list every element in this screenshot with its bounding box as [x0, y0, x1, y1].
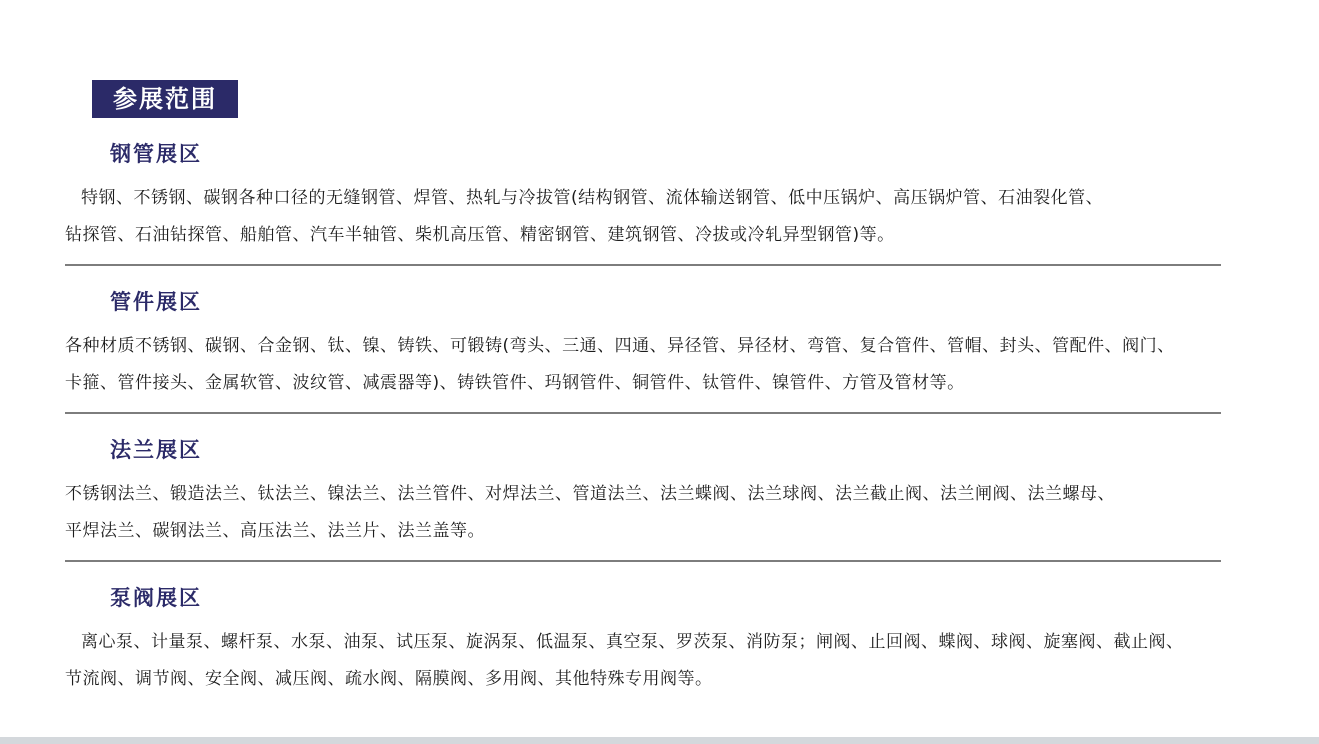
section-body-flange: 不锈钢法兰、锻造法兰、钛法兰、镍法兰、法兰管件、对焊法兰、管道法兰、法兰蝶阀、法…: [65, 476, 1237, 550]
section-divider: [65, 560, 1221, 562]
exhibition-scope-badge: 参展范围: [92, 80, 238, 118]
section-text-line: 特钢、不锈钢、碳钢各种口径的无缝钢管、焊管、热轧与冷拔管(结构钢管、流体输送钢管…: [65, 180, 1237, 217]
section-pipe-fittings: 管件展区 各种材质不锈钢、碳钢、合金钢、钛、镍、铸铁、可锻铸(弯头、三通、四通、…: [65, 288, 1237, 414]
section-text-line: 离心泵、计量泵、螺杆泵、水泵、油泵、试压泵、旋涡泵、低温泵、真空泵、罗茨泵、消防…: [65, 624, 1237, 661]
section-divider: [65, 264, 1221, 266]
section-title-flange: 法兰展区: [110, 436, 1237, 464]
bottom-edge-bar: [0, 737, 1319, 744]
section-text-line: 各种材质不锈钢、碳钢、合金钢、钛、镍、铸铁、可锻铸(弯头、三通、四通、异径管、异…: [65, 328, 1237, 365]
section-text-line: 节流阀、调节阀、安全阀、减压阀、疏水阀、隔膜阀、多用阀、其他特殊专用阀等。: [65, 661, 1237, 698]
section-text-line: 平焊法兰、碳钢法兰、高压法兰、法兰片、法兰盖等。: [65, 513, 1237, 550]
section-text-line: 不锈钢法兰、锻造法兰、钛法兰、镍法兰、法兰管件、对焊法兰、管道法兰、法兰蝶阀、法…: [65, 476, 1237, 513]
section-title-steel-pipe: 钢管展区: [110, 140, 1237, 168]
section-pump-valve: 泵阀展区 离心泵、计量泵、螺杆泵、水泵、油泵、试压泵、旋涡泵、低温泵、真空泵、罗…: [65, 584, 1237, 698]
section-steel-pipe: 钢管展区 特钢、不锈钢、碳钢各种口径的无缝钢管、焊管、热轧与冷拔管(结构钢管、流…: [65, 140, 1237, 266]
section-text-line: 卡箍、管件接头、金属软管、波纹管、减震器等)、铸铁管件、玛钢管件、铜管件、钛管件…: [65, 365, 1237, 402]
section-body-pipe-fittings: 各种材质不锈钢、碳钢、合金钢、钛、镍、铸铁、可锻铸(弯头、三通、四通、异径管、异…: [65, 328, 1237, 402]
section-title-pump-valve: 泵阀展区: [110, 584, 1237, 612]
exhibition-scope-page: 参展范围 钢管展区 特钢、不锈钢、碳钢各种口径的无缝钢管、焊管、热轧与冷拔管(结…: [0, 0, 1319, 698]
section-body-pump-valve: 离心泵、计量泵、螺杆泵、水泵、油泵、试压泵、旋涡泵、低温泵、真空泵、罗茨泵、消防…: [65, 624, 1237, 698]
section-flange: 法兰展区 不锈钢法兰、锻造法兰、钛法兰、镍法兰、法兰管件、对焊法兰、管道法兰、法…: [65, 436, 1237, 562]
section-body-steel-pipe: 特钢、不锈钢、碳钢各种口径的无缝钢管、焊管、热轧与冷拔管(结构钢管、流体输送钢管…: [65, 180, 1237, 254]
section-divider: [65, 412, 1221, 414]
section-text-line: 钻探管、石油钻探管、船舶管、汽车半轴管、柴机高压管、精密钢管、建筑钢管、冷拔或冷…: [65, 217, 1237, 254]
section-title-pipe-fittings: 管件展区: [110, 288, 1237, 316]
